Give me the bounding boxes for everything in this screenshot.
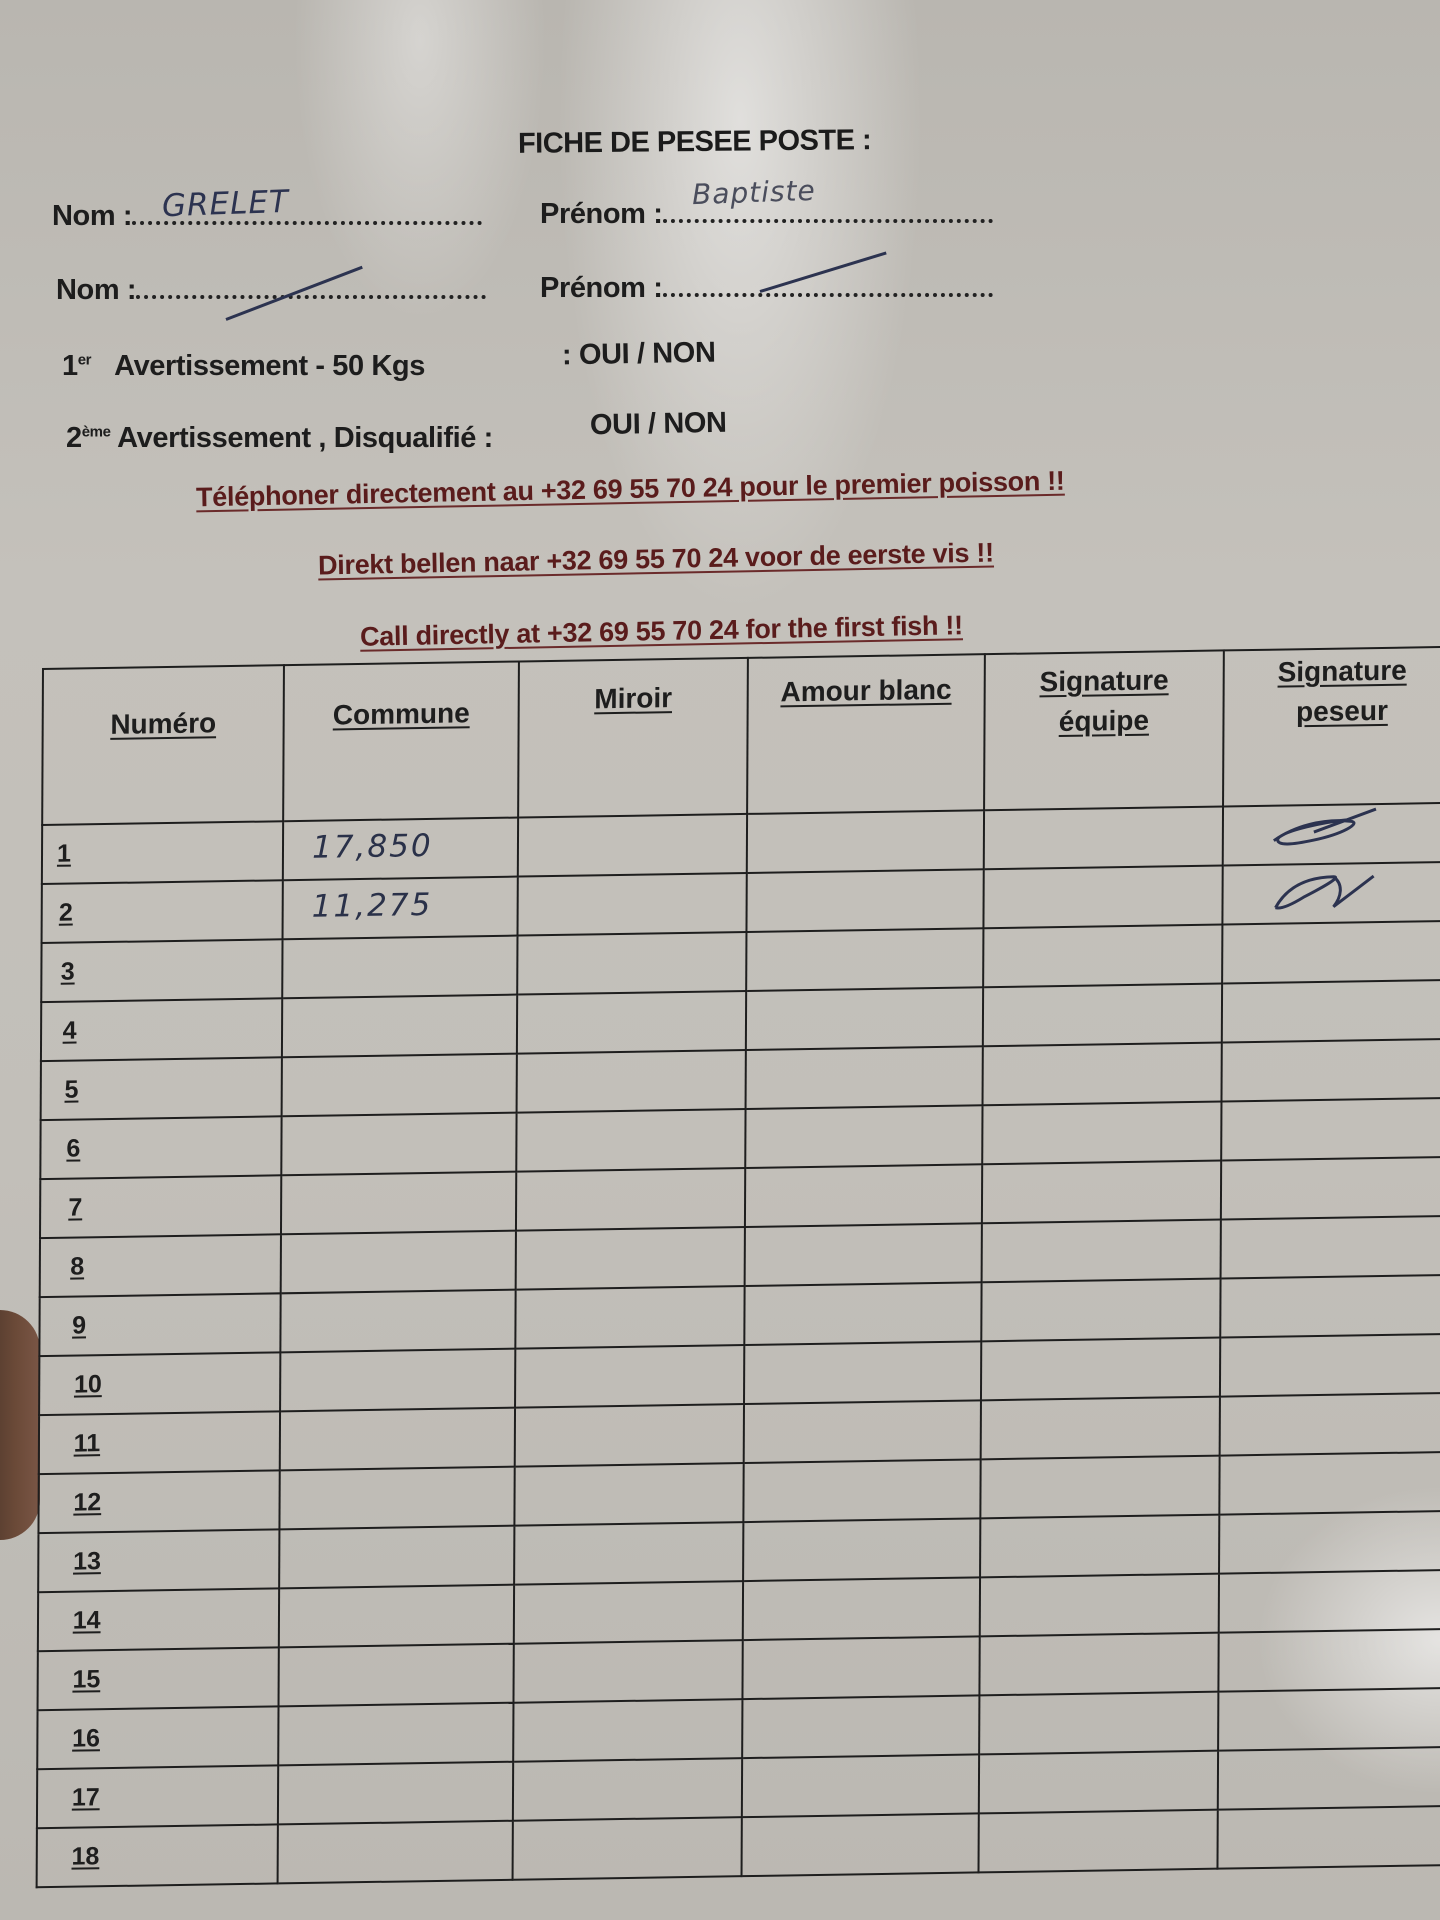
cell-amour-blanc[interactable] xyxy=(744,1400,981,1463)
row-number: 13 xyxy=(38,1529,279,1592)
cell-amour-blanc[interactable] xyxy=(744,1282,981,1345)
cell-signature-peseur[interactable] xyxy=(1218,1747,1440,1810)
handwritten-weight: 17,850 xyxy=(312,828,433,866)
cell-miroir[interactable] xyxy=(516,1227,745,1290)
cell-signature-equipe[interactable] xyxy=(982,1161,1221,1224)
cell-miroir[interactable] xyxy=(518,814,747,877)
nom-label-2: Nom : xyxy=(56,274,136,306)
weigh-in-table: Numéro Commune Miroir Amour blanc Signat… xyxy=(36,646,1440,1889)
cell-signature-equipe[interactable] xyxy=(982,1043,1221,1106)
nom-dotted-line-2 xyxy=(136,291,486,299)
call-note-nl: Direkt bellen naar +32 69 55 70 24 voor … xyxy=(318,538,994,582)
thumb-in-frame xyxy=(0,1310,40,1540)
cell-commune[interactable] xyxy=(279,1585,514,1648)
cell-amour-blanc[interactable] xyxy=(743,1459,980,1522)
cell-miroir[interactable] xyxy=(516,1168,745,1231)
col-header-amour-blanc: Amour blanc xyxy=(747,654,985,814)
row-number: 17 xyxy=(37,1765,278,1828)
form-title: FICHE DE PESEE POSTE : xyxy=(518,124,872,161)
cell-miroir[interactable] xyxy=(515,1286,744,1349)
cell-commune[interactable] xyxy=(281,1172,516,1235)
col-header-miroir: Miroir xyxy=(518,658,748,818)
cell-commune[interactable] xyxy=(278,1821,513,1884)
warning-2: 2ème Avertissement , Disqualifié : xyxy=(66,422,493,455)
warning-1-ordinal: 1 xyxy=(62,350,78,382)
prenom-label-2: Prénom : xyxy=(540,272,663,304)
col-header-signature-equipe: Signatureéquipe xyxy=(984,650,1224,810)
cell-signature-equipe[interactable] xyxy=(981,1279,1220,1342)
cell-signature-equipe[interactable] xyxy=(979,1692,1218,1755)
cell-signature-peseur[interactable] xyxy=(1222,862,1440,925)
cell-signature-peseur[interactable] xyxy=(1222,980,1440,1043)
handwritten-weight: 11,275 xyxy=(312,887,433,925)
signature-scribble-icon xyxy=(1264,807,1384,859)
warning-1: 1er Avertissement - 50 Kgs xyxy=(62,350,425,383)
cell-amour-blanc[interactable] xyxy=(747,810,984,873)
warning-1-ordinal-sup: er xyxy=(78,351,91,368)
prenom-dotted-line-2 xyxy=(663,289,993,297)
cell-amour-blanc[interactable] xyxy=(746,987,983,1050)
warning-2-label: Avertissement , Disqualifié : xyxy=(117,422,493,454)
row-number: 10 xyxy=(39,1352,280,1415)
cell-amour-blanc[interactable] xyxy=(746,869,983,932)
cell-commune[interactable] xyxy=(282,1054,517,1117)
cell-commune[interactable] xyxy=(278,1703,513,1766)
col-header-numero-text: Numéro xyxy=(110,707,216,740)
call-note-en: Call directly at +32 69 55 70 24 for the… xyxy=(360,610,963,653)
cell-signature-equipe[interactable] xyxy=(981,1397,1220,1460)
cell-commune[interactable] xyxy=(280,1349,515,1412)
cell-amour-blanc[interactable] xyxy=(744,1223,981,1286)
cell-signature-equipe[interactable] xyxy=(979,1751,1218,1814)
cell-signature-equipe[interactable] xyxy=(978,1810,1217,1873)
row-number: 3 xyxy=(41,939,282,1002)
row-number: 7 xyxy=(40,1175,281,1238)
cell-miroir[interactable] xyxy=(514,1640,743,1703)
cell-amour-blanc[interactable] xyxy=(742,1695,979,1758)
col-header-miroir-text: Miroir xyxy=(594,682,672,714)
col-header-commune-text: Commune xyxy=(333,697,470,730)
cell-signature-equipe[interactable] xyxy=(980,1515,1219,1578)
nom-value-1: GRELET xyxy=(161,184,289,224)
row-number: 12 xyxy=(38,1470,279,1533)
cell-signature-equipe[interactable] xyxy=(982,1102,1221,1165)
signature-scribble-icon xyxy=(1263,866,1383,918)
cell-commune[interactable] xyxy=(279,1644,514,1707)
cell-miroir[interactable] xyxy=(515,1345,744,1408)
col-header-amour-blanc-text: Amour blanc xyxy=(780,674,951,708)
row-number: 15 xyxy=(38,1647,279,1710)
row-number: 18 xyxy=(37,1824,278,1887)
row-number: 11 xyxy=(39,1411,280,1474)
cell-miroir[interactable] xyxy=(513,1699,742,1762)
cell-commune[interactable] xyxy=(281,1231,516,1294)
cell-signature-equipe[interactable] xyxy=(983,865,1222,928)
row-number: 4 xyxy=(41,998,282,1061)
cell-commune[interactable] xyxy=(281,1290,516,1353)
row-number: 6 xyxy=(40,1116,281,1179)
cell-miroir[interactable] xyxy=(514,1581,743,1644)
cell-amour-blanc[interactable] xyxy=(744,1341,981,1404)
cell-signature-equipe[interactable] xyxy=(983,984,1222,1047)
cell-signature-peseur[interactable] xyxy=(1220,1275,1440,1338)
cell-signature-peseur[interactable] xyxy=(1222,921,1440,984)
cell-signature-peseur[interactable] xyxy=(1218,1629,1440,1692)
cell-signature-peseur[interactable] xyxy=(1220,1393,1440,1456)
warning-2-answer[interactable]: OUI / NON xyxy=(590,407,727,442)
table-header-row: Numéro Commune Miroir Amour blanc Signat… xyxy=(42,647,1440,825)
cell-signature-equipe[interactable] xyxy=(980,1574,1219,1637)
cell-signature-peseur[interactable] xyxy=(1219,1570,1440,1633)
cell-signature-peseur[interactable] xyxy=(1220,1334,1440,1397)
cell-commune[interactable] xyxy=(280,1408,515,1471)
cell-amour-blanc[interactable] xyxy=(745,1046,982,1109)
cell-signature-peseur[interactable] xyxy=(1221,1216,1440,1279)
cell-miroir[interactable] xyxy=(516,1109,745,1172)
cell-commune[interactable] xyxy=(278,1762,513,1825)
cell-signature-equipe[interactable] xyxy=(981,1338,1220,1401)
cell-commune[interactable] xyxy=(282,936,517,999)
cell-commune[interactable] xyxy=(279,1526,514,1589)
table-body: 117,850211,2753456789101112131415161718 xyxy=(37,803,1440,1887)
cell-amour-blanc[interactable] xyxy=(741,1813,978,1876)
cell-signature-equipe[interactable] xyxy=(984,806,1223,869)
col-header-signature-peseur-line2: peseur xyxy=(1296,695,1388,727)
cell-miroir[interactable] xyxy=(515,1404,744,1467)
col-header-signature-equipe-line1: Signature xyxy=(1039,664,1168,697)
prenom-dotted-line-1 xyxy=(663,215,993,223)
cell-signature-peseur[interactable] xyxy=(1221,1039,1440,1102)
cell-signature-peseur[interactable] xyxy=(1223,803,1440,866)
cell-commune[interactable] xyxy=(280,1467,515,1530)
warning-1-label: Avertissement - 50 Kgs xyxy=(114,350,425,382)
cell-miroir[interactable] xyxy=(513,1817,742,1880)
cell-signature-equipe[interactable] xyxy=(979,1633,1218,1696)
col-header-signature-peseur-line1: Signature xyxy=(1278,655,1407,688)
prenom-value-1: Baptiste xyxy=(691,174,816,211)
row-number: 14 xyxy=(38,1588,279,1651)
warning-2-ordinal-sup: ème xyxy=(82,423,111,440)
row-number: 5 xyxy=(41,1057,282,1120)
cell-signature-peseur[interactable] xyxy=(1221,1157,1440,1220)
cell-miroir[interactable] xyxy=(517,1050,746,1113)
row-number: 1 xyxy=(42,821,283,884)
cell-commune[interactable]: 11,275 xyxy=(283,877,518,940)
cell-amour-blanc[interactable] xyxy=(742,1636,979,1699)
cell-miroir[interactable] xyxy=(517,991,746,1054)
cell-signature-peseur[interactable] xyxy=(1219,1511,1440,1574)
call-note-fr: Téléphoner directement au +32 69 55 70 2… xyxy=(196,466,1065,514)
warning-2-ordinal: 2 xyxy=(66,422,82,454)
weigh-in-sheet: FICHE DE PESEE POSTE : Nom : GRELET Prén… xyxy=(0,0,1440,1920)
row-number: 16 xyxy=(37,1706,278,1769)
row-number: 2 xyxy=(42,880,283,943)
cell-signature-equipe[interactable] xyxy=(983,924,1222,987)
cell-miroir[interactable] xyxy=(514,1522,743,1585)
cell-miroir[interactable] xyxy=(515,1463,744,1526)
col-header-numero: Numéro xyxy=(42,665,284,825)
cell-amour-blanc[interactable] xyxy=(742,1754,979,1817)
cell-signature-peseur[interactable] xyxy=(1217,1806,1440,1869)
cell-miroir[interactable] xyxy=(517,932,746,995)
cell-commune[interactable] xyxy=(281,1113,516,1176)
col-header-commune: Commune xyxy=(283,662,519,822)
col-header-signature-peseur: Signaturepeseur xyxy=(1223,647,1440,807)
cell-amour-blanc[interactable] xyxy=(743,1518,980,1581)
weigh-in-table-wrapper: Numéro Commune Miroir Amour blanc Signat… xyxy=(36,646,1440,1889)
cell-miroir[interactable] xyxy=(518,873,747,936)
prenom-label-1: Prénom : xyxy=(540,198,663,230)
cell-signature-peseur[interactable] xyxy=(1219,1452,1440,1515)
cell-signature-peseur[interactable] xyxy=(1218,1688,1440,1751)
cell-miroir[interactable] xyxy=(513,1758,742,1821)
cell-signature-equipe[interactable] xyxy=(981,1220,1220,1283)
nom-label-1: Nom : xyxy=(52,200,132,232)
cell-signature-equipe[interactable] xyxy=(980,1456,1219,1519)
row-number: 9 xyxy=(39,1293,280,1356)
cell-amour-blanc[interactable] xyxy=(743,1577,980,1640)
col-header-signature-equipe-line2: équipe xyxy=(1059,705,1149,737)
cell-commune[interactable] xyxy=(282,995,517,1058)
cell-commune[interactable]: 17,850 xyxy=(283,818,518,881)
cell-signature-peseur[interactable] xyxy=(1221,1098,1440,1161)
cell-amour-blanc[interactable] xyxy=(746,928,983,991)
cell-amour-blanc[interactable] xyxy=(745,1164,982,1227)
row-number: 8 xyxy=(40,1234,281,1297)
warning-1-answer[interactable]: : OUI / NON xyxy=(562,337,716,373)
cell-amour-blanc[interactable] xyxy=(745,1105,982,1168)
